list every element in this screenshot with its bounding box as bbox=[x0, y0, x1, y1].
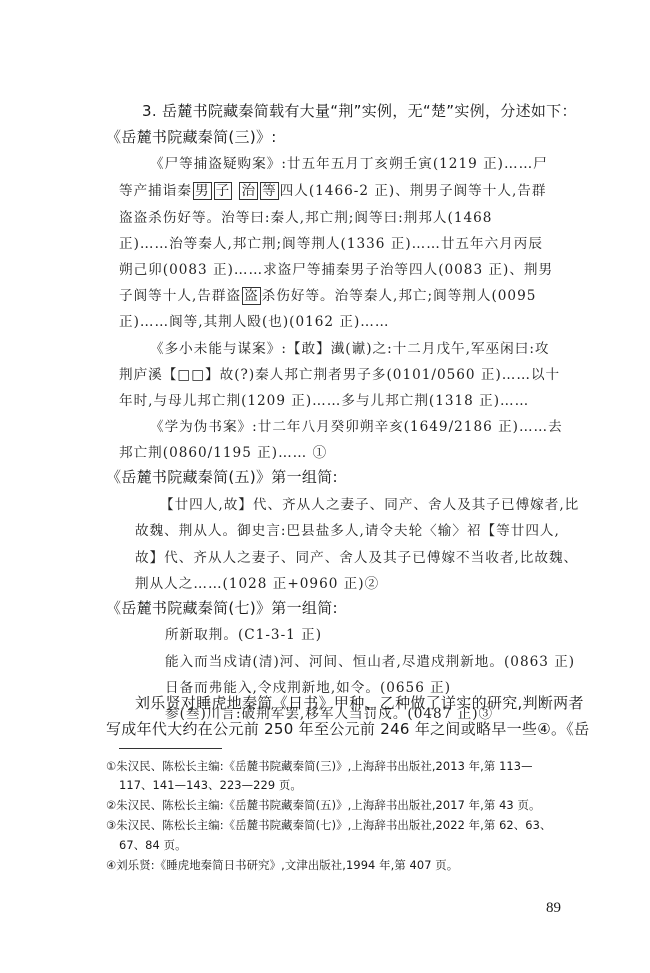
page-number: 89 bbox=[546, 900, 561, 917]
quote-line: 荆庐溪【□□】故(?)秦人邦亡荆者男子多(0101/0560 正)……以十 bbox=[119, 363, 560, 383]
quote-line: 年时,与母儿邦亡荆(1209 正)……多与儿邦亡荆(1318 正)…… bbox=[119, 389, 529, 409]
boxed-character: 男 bbox=[193, 182, 212, 200]
quote-line: 正)……治等秦人,邦亡荆;阆等荆人(1336 正)……廿五年六月丙辰 bbox=[119, 232, 543, 252]
quote-text: 等产捕诣秦 bbox=[119, 183, 192, 199]
quote-line: 故】代、齐从人之妻子、同产、舍人及其子已傅嫁不当收者,比故魏、 bbox=[135, 546, 578, 566]
footnote-2: ②朱汉民、陈松长主编:《岳麓书院藏秦简(五)》,上海辞书出版社,2017 年,第… bbox=[106, 797, 540, 813]
quote-line: 邦亡荆(0860/1195 正)…… ① bbox=[119, 441, 327, 461]
paragraph-line: 写成年代大约在公元前 250 年至公元前 246 年之间或略早一些④。《岳 bbox=[106, 718, 589, 739]
quote-line: 朔己卯(0083 正)……求盗尸等捕秦男子治等四人(0083 正)、荆男 bbox=[119, 258, 553, 278]
footnote-3: ③朱汉民、陈松长主编:《岳麓书院藏秦简(七)》,上海辞书出版社,2022 年,第… bbox=[106, 817, 551, 833]
quote-line: 等产捕诣秦男子 治等四人(1466-2 正)、荆男子阆等十人,告群 bbox=[119, 179, 546, 200]
quote-text: 杀伤好等。治等秦人,邦亡;阆等荆人(0095 bbox=[262, 288, 537, 304]
section-heading: 3. 岳麓书院藏秦简载有大量“荆”实例，无“楚”实例，分述如下： bbox=[142, 100, 577, 121]
quote-line: 所新取荆。(C1-3-1 正) bbox=[165, 623, 322, 643]
quote-line: 《多小未能与谋案》:【敢】瀐(谳)之:十二月戊午,军巫闲曰:攻 bbox=[150, 337, 550, 357]
boxed-character: 盗 bbox=[242, 287, 261, 305]
quote-line: 盗盗杀伤好等。治等曰:秦人,邦亡荆;阆等曰:荆邦人(1468 bbox=[119, 206, 492, 226]
boxed-character: 等 bbox=[260, 182, 279, 200]
quote-line: 《尸等捕盗疑购案》:廿五年五月丁亥朔壬寅(1219 正)……尸 bbox=[150, 152, 548, 172]
quote-line: 故魏、荆从人。御史言:巴县盐多人,请令夫轮〈输〉袑【等廿四人, bbox=[135, 519, 560, 539]
quote-line: 荆从人之……(1028 正+0960 正)② bbox=[135, 572, 379, 592]
source-title-5: 《岳麓书院藏秦简(五)》第一组简: bbox=[106, 466, 338, 487]
footnote-1: ①朱汉民、陈松长主编:《岳麓书院藏秦简(三)》,上海辞书出版社,2013 年,第… bbox=[106, 758, 533, 774]
quote-line: 正)……阆等,其荆人殹(也)(0162 正)…… bbox=[119, 310, 389, 330]
footnote-4: ④刘乐贤:《睡虎地秦简日书研究》,文津出版社,1994 年,第 407 页。 bbox=[106, 857, 458, 873]
source-title-3: 《岳麓书院藏秦简(三)》: bbox=[106, 126, 277, 147]
boxed-character: 子 bbox=[214, 182, 233, 200]
footnote-3-cont: 67、84 页。 bbox=[119, 837, 187, 853]
quote-text: 四人(1466-2 正)、荆男子阆等十人,告群 bbox=[280, 183, 547, 199]
paragraph-line: 刘乐贤对睡虎地秦简《日书》甲种、乙种做了详实的研究,判断两者 bbox=[135, 692, 584, 713]
source-title-7: 《岳麓书院藏秦简(七)》第一组简: bbox=[106, 597, 338, 618]
document-page: 3. 岳麓书院藏秦简载有大量“荆”实例，无“楚”实例，分述如下： 《岳麓书院藏秦… bbox=[0, 0, 650, 973]
quote-line: 【廿四人,故】代、齐从人之妻子、同产、舍人及其子已傅嫁者,比 bbox=[160, 493, 579, 513]
quote-text: 子阆等十人,告群盗 bbox=[119, 288, 241, 304]
footnote-1-cont: 117、141—143、223—229 页。 bbox=[119, 777, 302, 793]
quote-line: 子阆等十人,告群盗盗杀伤好等。治等秦人,邦亡;阆等荆人(0095 bbox=[119, 284, 536, 305]
quote-line: 《学为伪书案》:廿二年八月癸卯朔辛亥(1649/2186 正)……去 bbox=[150, 415, 563, 435]
footnote-divider bbox=[119, 748, 222, 749]
quote-text bbox=[233, 183, 238, 199]
boxed-character: 治 bbox=[239, 182, 258, 200]
quote-line: 能入而当戍请(清)河、河间、恒山者,尽遣戍荆新地。(0863 正) bbox=[165, 650, 575, 670]
